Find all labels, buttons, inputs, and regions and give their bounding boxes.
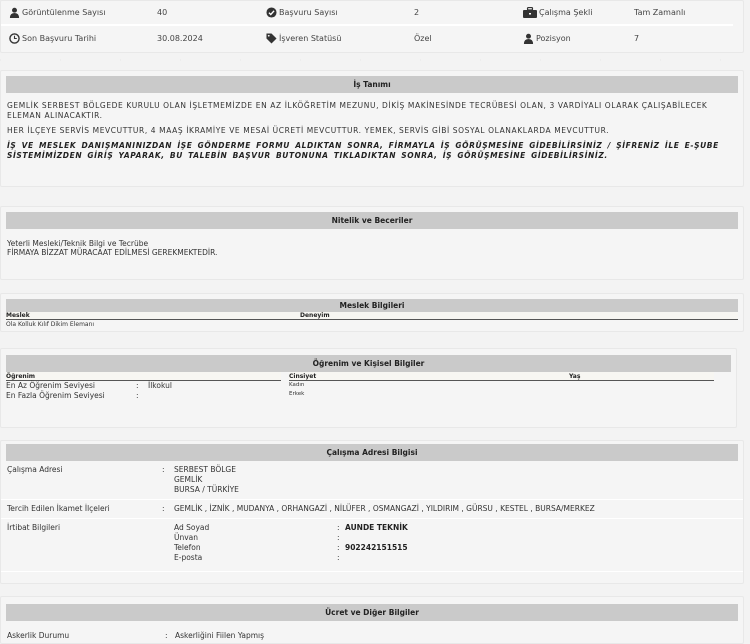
employer-status-label: İşveren Statüsü	[266, 33, 341, 44]
employer-status-value: Özel	[414, 34, 432, 43]
gender-item: Erkek	[289, 390, 714, 399]
check-circle-icon	[266, 7, 277, 18]
work-type-label: Çalışma Şekli	[523, 7, 592, 18]
skills-line: Yeterli Mesleki/Teknik Bilgi ve Tecrübe	[7, 239, 737, 248]
section-title: Nitelik ve Beceriler	[6, 212, 738, 229]
user-icon	[9, 7, 20, 18]
contact-phone: Telefon:902242151515	[174, 543, 408, 553]
last-application-date-label: Son Başvuru Tarihi	[9, 33, 96, 44]
view-count-value: 40	[157, 8, 167, 17]
application-count-label: Başvuru Sayısı	[266, 7, 338, 18]
contact-email: E-posta:	[174, 553, 408, 563]
clock-icon	[9, 33, 20, 44]
table-header: Meslek Deneyim	[6, 312, 738, 320]
user-icon	[523, 33, 534, 44]
contact-name: Ad Soyad:AUNDE TEKNİK	[174, 523, 408, 533]
gender-item: Kadın	[289, 381, 714, 390]
position-label: Pozisyon	[523, 33, 571, 44]
contact-title: Ünvan:	[174, 533, 408, 543]
education-header: Öğrenim	[6, 372, 281, 381]
military-status-row: Askerlik Durumu : Askerliğini Fiilen Yap…	[1, 621, 743, 644]
contact-row: İrtibat Bilgileri Ad Soyad:AUNDE TEKNİK …	[1, 519, 743, 572]
position-value: 7	[634, 34, 639, 43]
section-title: Ücret ve Diğer Bilgiler	[6, 604, 738, 621]
last-application-date-value: 30.08.2024	[157, 34, 203, 43]
job-description-panel: İş Tanımı GEMLİK SERBEST BÖLGEDE KURULU …	[0, 70, 744, 187]
work-address-panel: Çalışma Adresi Bilgisi Çalışma Adresi : …	[0, 440, 744, 584]
job-application-note: İŞ VE MESLEK DANIŞMANINIZDAN İŞE GÖNDERM…	[7, 141, 737, 161]
min-education-row: En Az Öğrenim Seviyesi : İlkokul	[6, 381, 281, 391]
max-education-row: En Fazla Öğrenim Seviyesi :	[6, 391, 281, 401]
education-panel: Öğrenim ve Kişisel Bilgiler Öğrenim En A…	[0, 348, 737, 428]
occupation-panel: Meslek Bilgileri Meslek Deneyim Ola Koll…	[0, 293, 744, 332]
section-title: Öğrenim ve Kişisel Bilgiler	[6, 355, 731, 372]
job-description-paragraph: HER İLÇEYE SERVİS MEVCUTTUR, 4 MAAŞ İKRA…	[7, 126, 737, 136]
briefcase-icon	[523, 7, 537, 18]
skills-panel: Nitelik ve Beceriler Yeterli Mesleki/Tek…	[0, 206, 744, 280]
occupation-table: Meslek Deneyim Ola Kolluk Kılıf Dikim El…	[6, 312, 738, 329]
application-count-value: 2	[414, 8, 419, 17]
section-title: Meslek Bilgileri	[6, 299, 738, 312]
job-stats-panel: Görüntülenme Sayısı 40 Başvuru Sayısı 2 …	[0, 0, 744, 53]
work-type-value: Tam Zamanlı	[634, 8, 685, 17]
wage-panel: Ücret ve Diğer Bilgiler Askerlik Durumu …	[0, 596, 744, 644]
work-address-row: Çalışma Adresi : SERBEST BÖLGE GEMLİK BU…	[1, 461, 743, 500]
table-row: Ola Kolluk Kılıf Dikim Elemanı	[6, 320, 738, 329]
preferred-districts-row: Tercih Edilen İkamet İlçeleri : GEMLİK ,…	[1, 500, 743, 519]
section-title: Çalışma Adresi Bilgisi	[6, 444, 738, 461]
view-count-label: Görüntülenme Sayısı	[9, 7, 106, 18]
job-description-paragraph: GEMLİK SERBEST BÖLGEDE KURULU OLAN İŞLET…	[7, 101, 737, 121]
tag-icon	[266, 33, 277, 44]
gender-age-header: Cinsiyet Yaş	[289, 372, 714, 381]
section-title: İş Tanımı	[6, 76, 738, 93]
skills-line: FİRMAYA BİZZAT MÜRACAAT EDİLMESİ GEREKME…	[7, 248, 737, 257]
